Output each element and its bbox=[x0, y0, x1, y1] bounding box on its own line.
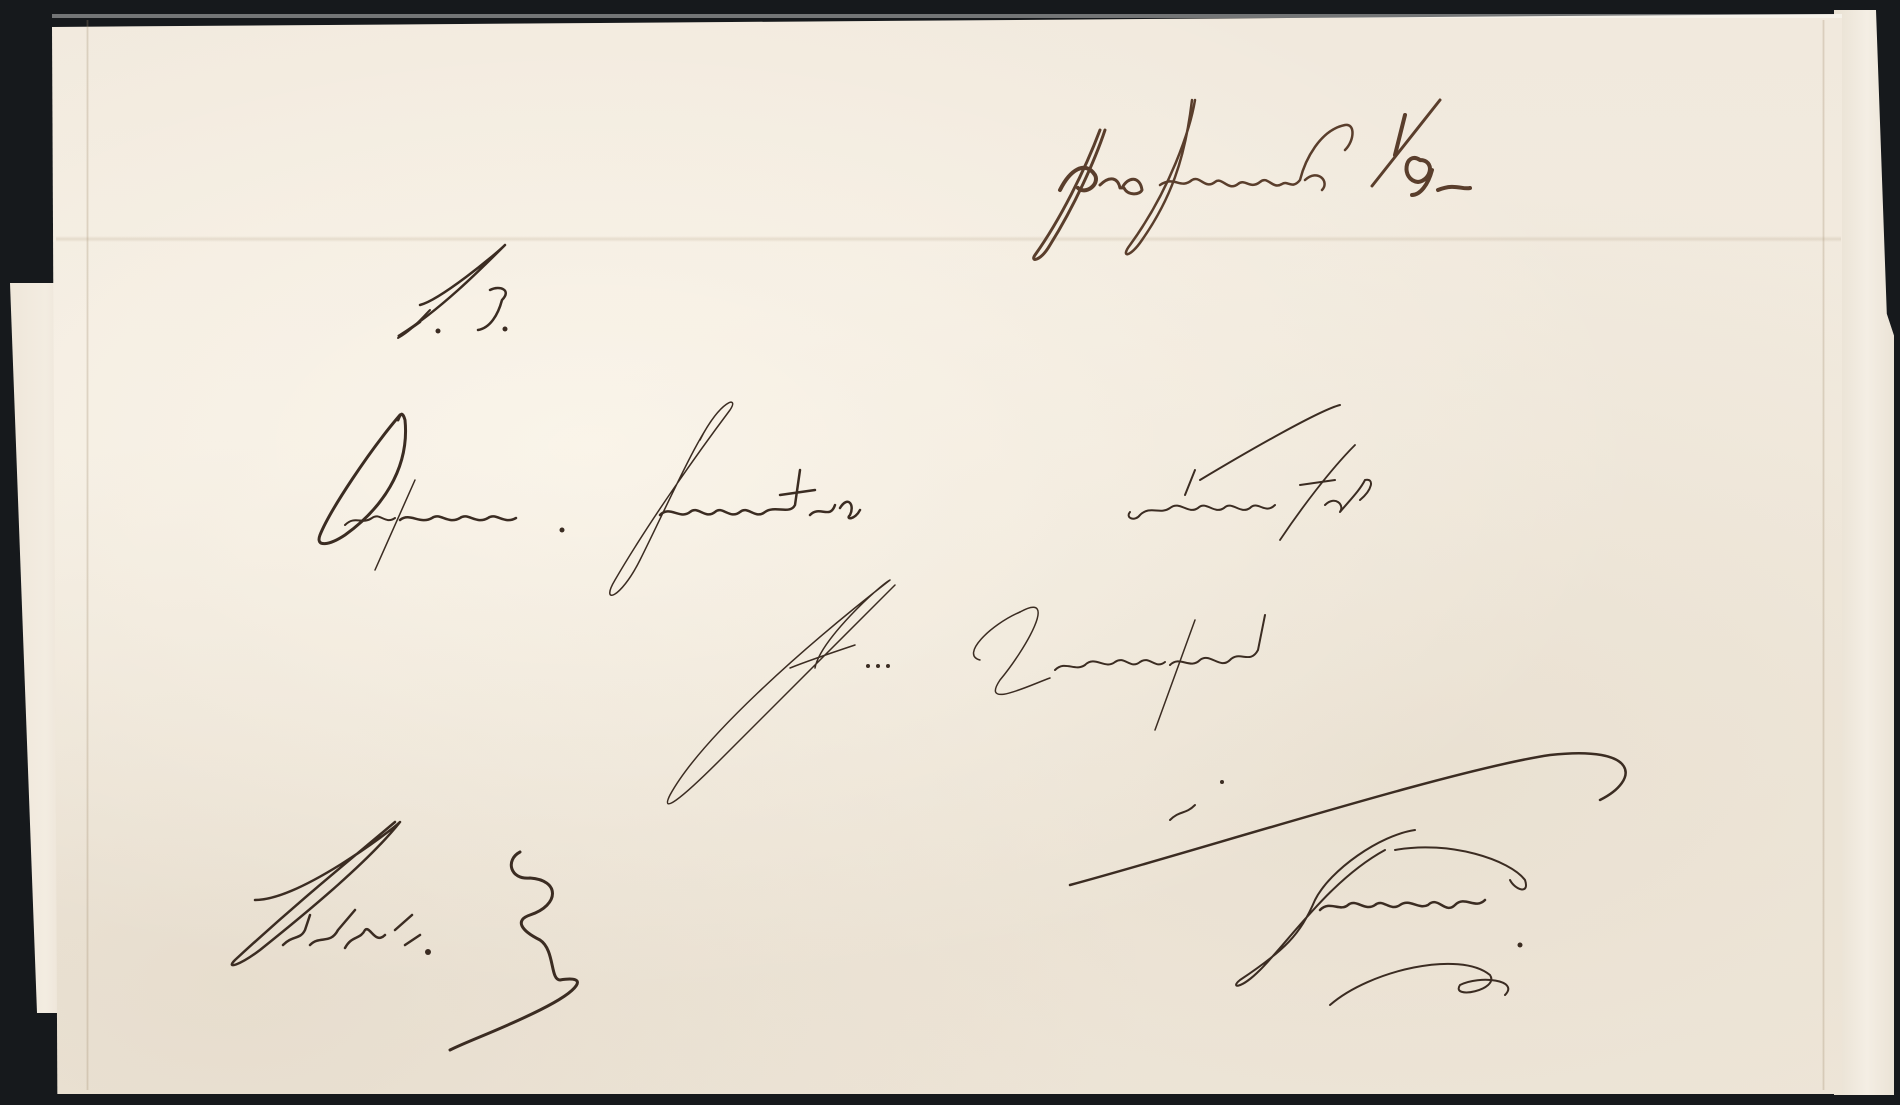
postage-marking bbox=[232, 822, 578, 1050]
address-line-4 bbox=[1236, 830, 1526, 1005]
address-line-3 bbox=[1070, 753, 1626, 885]
address-line-1 bbox=[319, 402, 860, 595]
handwriting-layer bbox=[0, 0, 1900, 1105]
scanned-letter: fra Gjerstad 7/9 S. T. Overførerne i Gri… bbox=[0, 0, 1900, 1105]
salutation-mark bbox=[398, 245, 508, 338]
address-line-2 bbox=[667, 580, 1265, 804]
address-line-1b bbox=[1129, 405, 1371, 540]
routing-note bbox=[1034, 100, 1470, 259]
